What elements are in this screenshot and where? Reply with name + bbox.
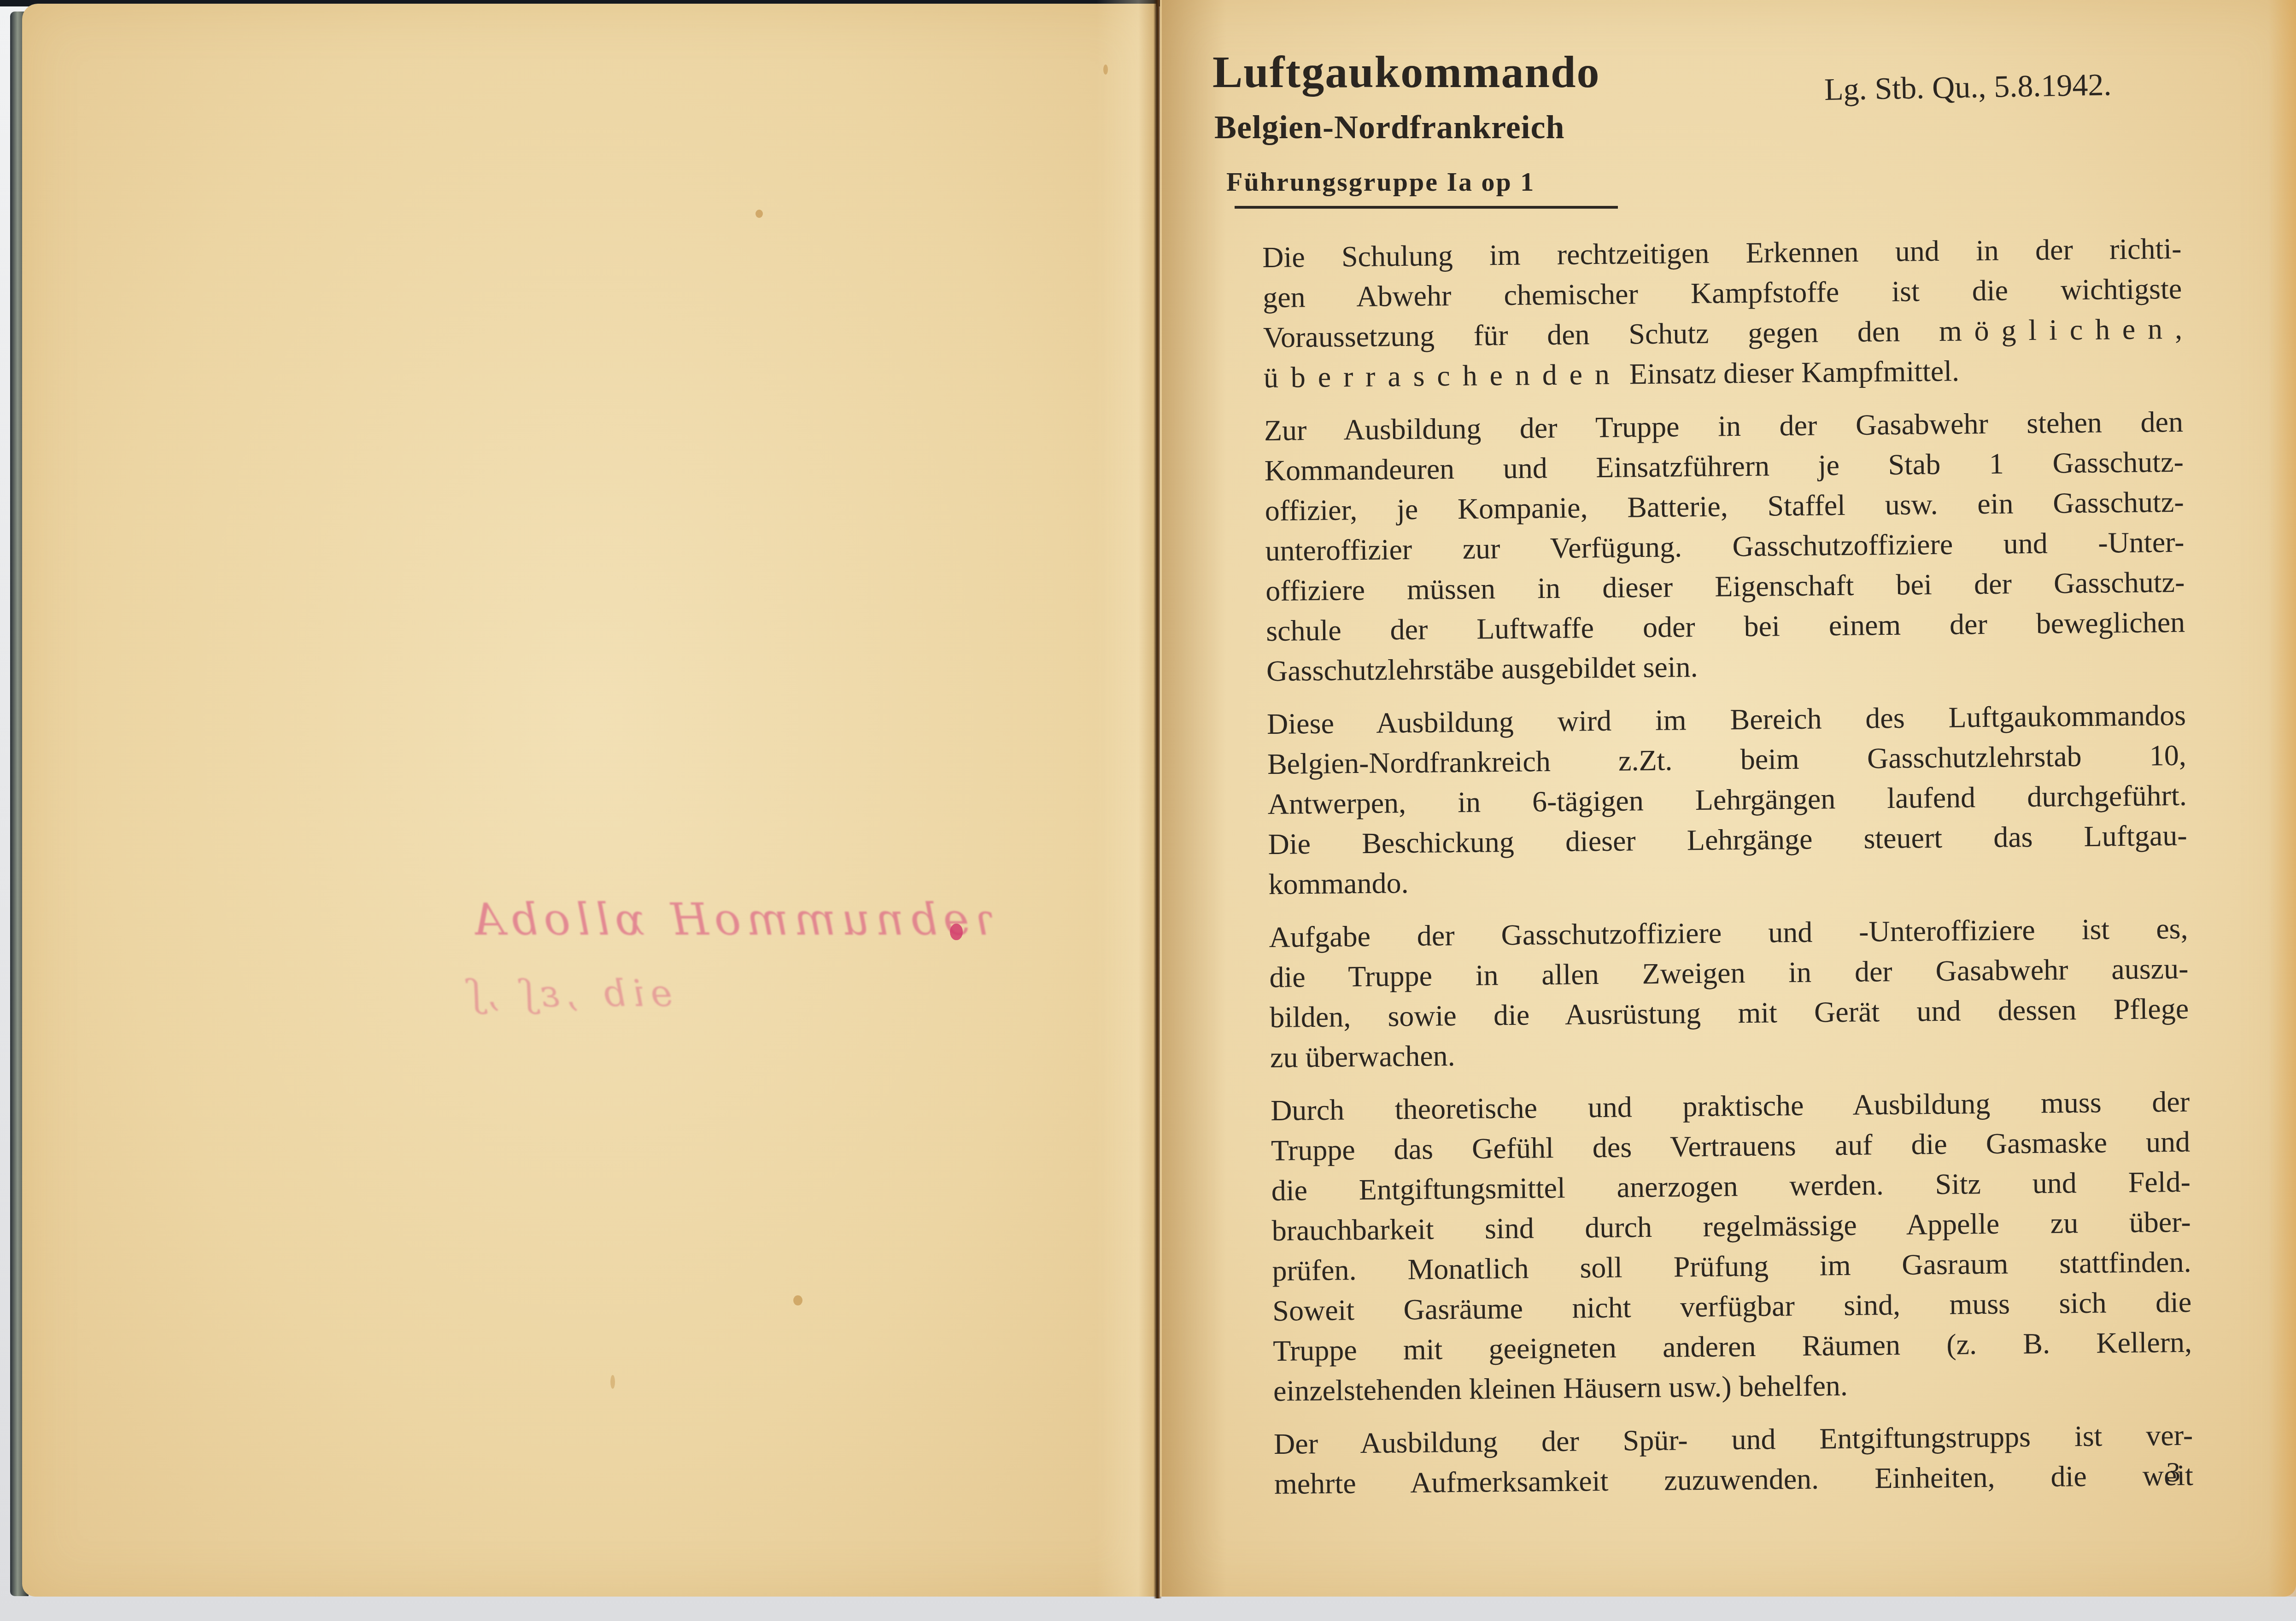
text-line: zu überwachen. [1270,1029,2190,1077]
text-line: einzelstehenden kleinen Häusern usw.) be… [1273,1362,2193,1411]
paper-speck [793,1295,802,1305]
right-page-edge-toning [2268,0,2296,1597]
text-run: Einsatz dieser Kampfmittel. [1622,354,1959,390]
stamp-line-2: ɘib ,ɛʃ ,ʃ [464,972,673,1015]
page-number: 3 [2166,1458,2180,1486]
paragraph: Zur Ausbildung der Truppe in der Gasabwe… [1264,402,2186,691]
body-text: Die Schulung im rechtzeitigen Erkennen u… [1262,228,2194,1517]
gutter-shadow-right [1162,0,1226,1597]
stamp-line-1: ɿɘbnummoH ɒllobA [467,894,995,945]
header-underline [1235,206,1618,209]
header-subtitle: Belgien-Nordfrankreich [1214,111,1565,144]
paragraph: Durch theoretische und praktische Ausbil… [1271,1082,2193,1411]
letterspaced-emphasis: möglichen [1939,312,2175,347]
text-line: Gasschutzlehrstäbe ausgebildet sein. [1266,642,2186,691]
header-title: Luftgaukommando [1212,50,1600,95]
letterspaced-emphasis: überraschenden [1264,358,1622,394]
gutter-shadow-left [1096,0,1156,1597]
red-ink-stamp-offset: ɿɘbnummoH ɒllobA ɘib ,ɛʃ ,ʃ [166,894,995,1059]
header-group: Führungsgruppe Ia op 1 [1226,169,1535,195]
paper-speck [756,210,763,218]
paragraph: Diese Ausbildung wird im Bereich des Luf… [1267,695,2188,904]
text-line: kommando. [1268,855,2188,904]
text-line: überraschenden Einsatz dieser Kampfmitte… [1264,349,2183,398]
red-ink-dot [950,924,963,940]
paragraph: Die Schulung im rechtzeitigen Erkennen u… [1262,228,2183,398]
text-run: Voraussetzung für den Schutz gegen den [1263,315,1939,354]
book-spread-scan: ɿɘbnummoH ɒllobA ɘib ,ɛʃ ,ʃ Luftgaukomma… [0,0,2296,1621]
place-date-line: Lg. Stb. Qu., 5.8.1942. [1824,69,2111,105]
paper-speck [610,1375,615,1389]
text-run: , [2175,312,2183,345]
paragraph: Aufgabe der Gasschutzoffiziere und -Unte… [1269,908,2189,1077]
left-page [22,4,1156,1597]
text-line: mehrte Aufmerksamkeit zuzuwenden. Einhei… [1274,1455,2194,1504]
paragraph: Der Ausbildung der Spür- und Entgiftungs… [1274,1415,2194,1504]
